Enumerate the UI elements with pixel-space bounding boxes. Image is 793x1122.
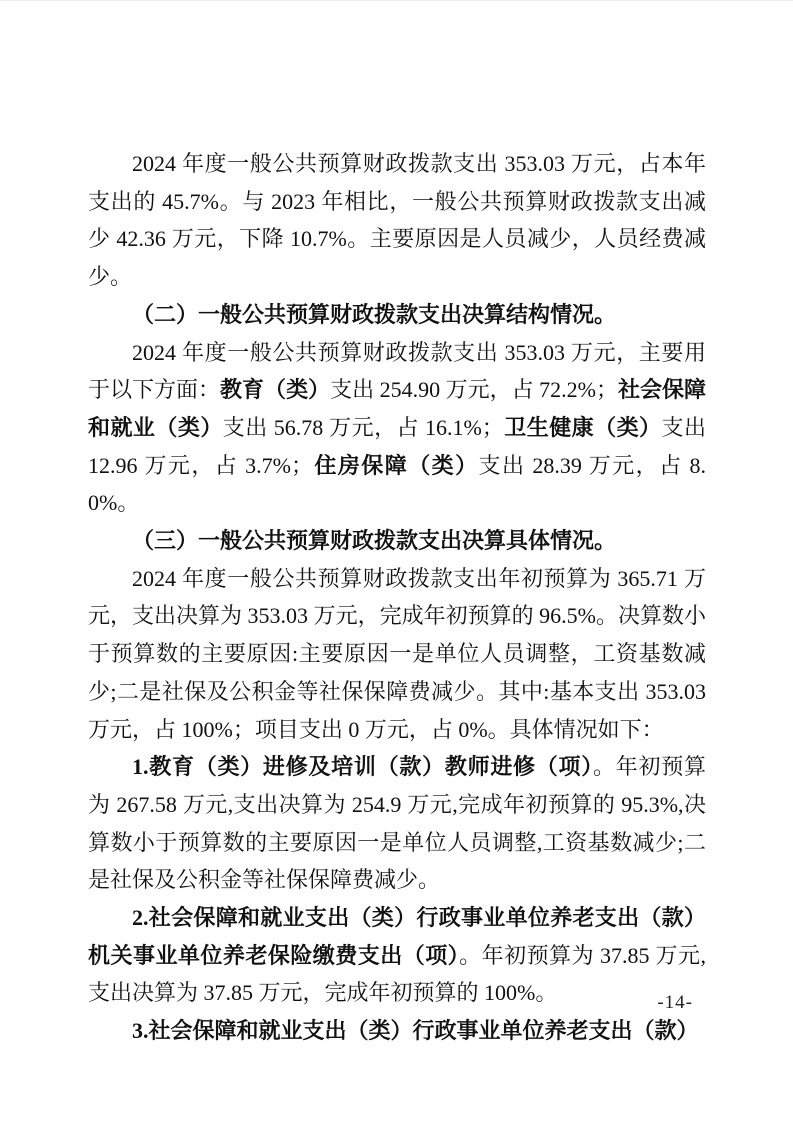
text-run: 支出 254.90 万元，占 72.2%； (330, 377, 618, 402)
bold-text-run: 卫生健康（类） (504, 415, 662, 440)
document-body: 2024 年度一般公共预算财政拨款支出 353.03 万元，占本年支出的 45.… (88, 145, 706, 1050)
heading-section-2-structure: （二）一般公共预算财政拨款支出决算结构情况。 (88, 296, 706, 334)
text-run: 2024 年度一般公共预算财政拨款支出 353.03 万元，占本年支出的 45.… (88, 151, 706, 289)
para-item-2-social-security: 2.社会保障和就业支出（类）行政事业单位养老支出（款）机关事业单位养老保险缴费支… (88, 899, 706, 1012)
bold-text-run: 教育（类） (220, 377, 330, 402)
page-number: -14- (657, 992, 693, 1014)
para-fiscal-expenditure-overview: 2024 年度一般公共预算财政拨款支出 353.03 万元，占本年支出的 45.… (88, 145, 706, 296)
bold-text-run: （二）一般公共预算财政拨款支出决算结构情况。 (132, 302, 616, 327)
text-run: 2024 年度一般公共预算财政拨款支出年初预算为 365.71 万元，支出决算为… (88, 566, 706, 742)
document-page: 2024 年度一般公共预算财政拨款支出 353.03 万元，占本年支出的 45.… (0, 0, 793, 1122)
para-expenditure-structure: 2024 年度一般公共预算财政拨款支出 353.03 万元，主要用于以下方面：教… (88, 334, 706, 523)
bold-text-run: 住房保障（类） (313, 453, 479, 478)
para-item-1-education: 1.教育（类）进修及培训（款）教师进修（项）。年初预算为 267.58 万元,支… (88, 748, 706, 899)
para-budget-completion: 2024 年度一般公共预算财政拨款支出年初预算为 365.71 万元，支出决算为… (88, 560, 706, 749)
bold-text-run: 1.教育（类）进修及培训（款）教师进修（项） (132, 754, 593, 779)
bold-text-run: 3.社会保障和就业支出（类）行政事业单位养老支出（款） (132, 1018, 699, 1043)
heading-section-3-detail: （三）一般公共预算财政拨款支出决算具体情况。 (88, 522, 706, 560)
para-item-3-social-security: 3.社会保障和就业支出（类）行政事业单位养老支出（款） (88, 1012, 706, 1050)
text-run: 支出 56.78 万元，占 16.1%； (223, 415, 504, 440)
bold-text-run: （三）一般公共预算财政拨款支出决算具体情况。 (132, 528, 616, 553)
